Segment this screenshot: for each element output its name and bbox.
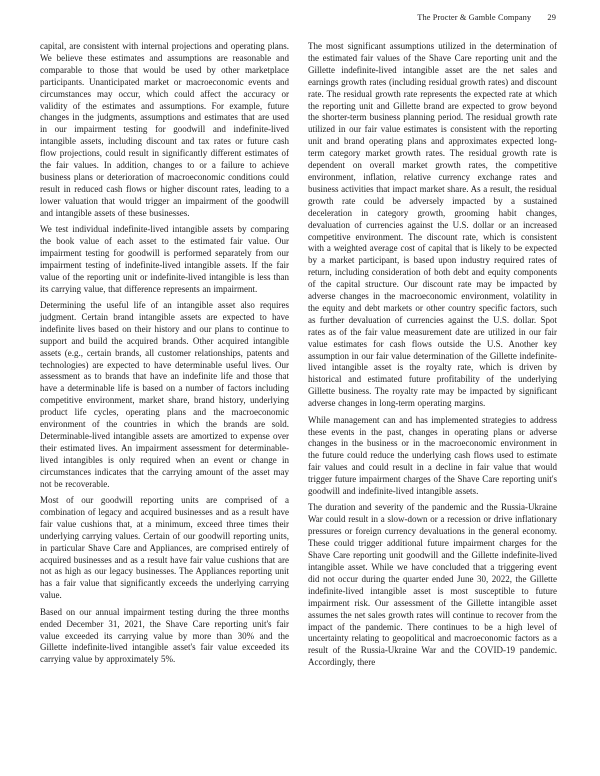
paragraph: capital, are consistent with internal pr… — [40, 41, 289, 220]
left-column: capital, are consistent with internal pr… — [40, 41, 289, 669]
paragraph: Determining the useful life of an intang… — [40, 300, 289, 491]
two-column-body: capital, are consistent with internal pr… — [40, 41, 557, 669]
right-column: The most significant assumptions utilize… — [308, 41, 557, 669]
paragraph: Based on our annual impairment testing d… — [40, 607, 289, 667]
paragraph: The most significant assumptions utilize… — [308, 41, 557, 410]
paragraph: The duration and severity of the pandemi… — [308, 502, 557, 669]
paragraph: While management can and has implemented… — [308, 415, 557, 498]
paragraph: Most of our goodwill reporting units are… — [40, 495, 289, 602]
page-header: The Procter & Gamble Company 29 — [417, 13, 556, 22]
header-company-name: The Procter & Gamble Company — [417, 13, 531, 22]
document-page: The Procter & Gamble Company 29 capital,… — [0, 0, 600, 776]
page-number: 29 — [547, 13, 556, 22]
paragraph: We test individual indefinite-lived inta… — [40, 224, 289, 295]
